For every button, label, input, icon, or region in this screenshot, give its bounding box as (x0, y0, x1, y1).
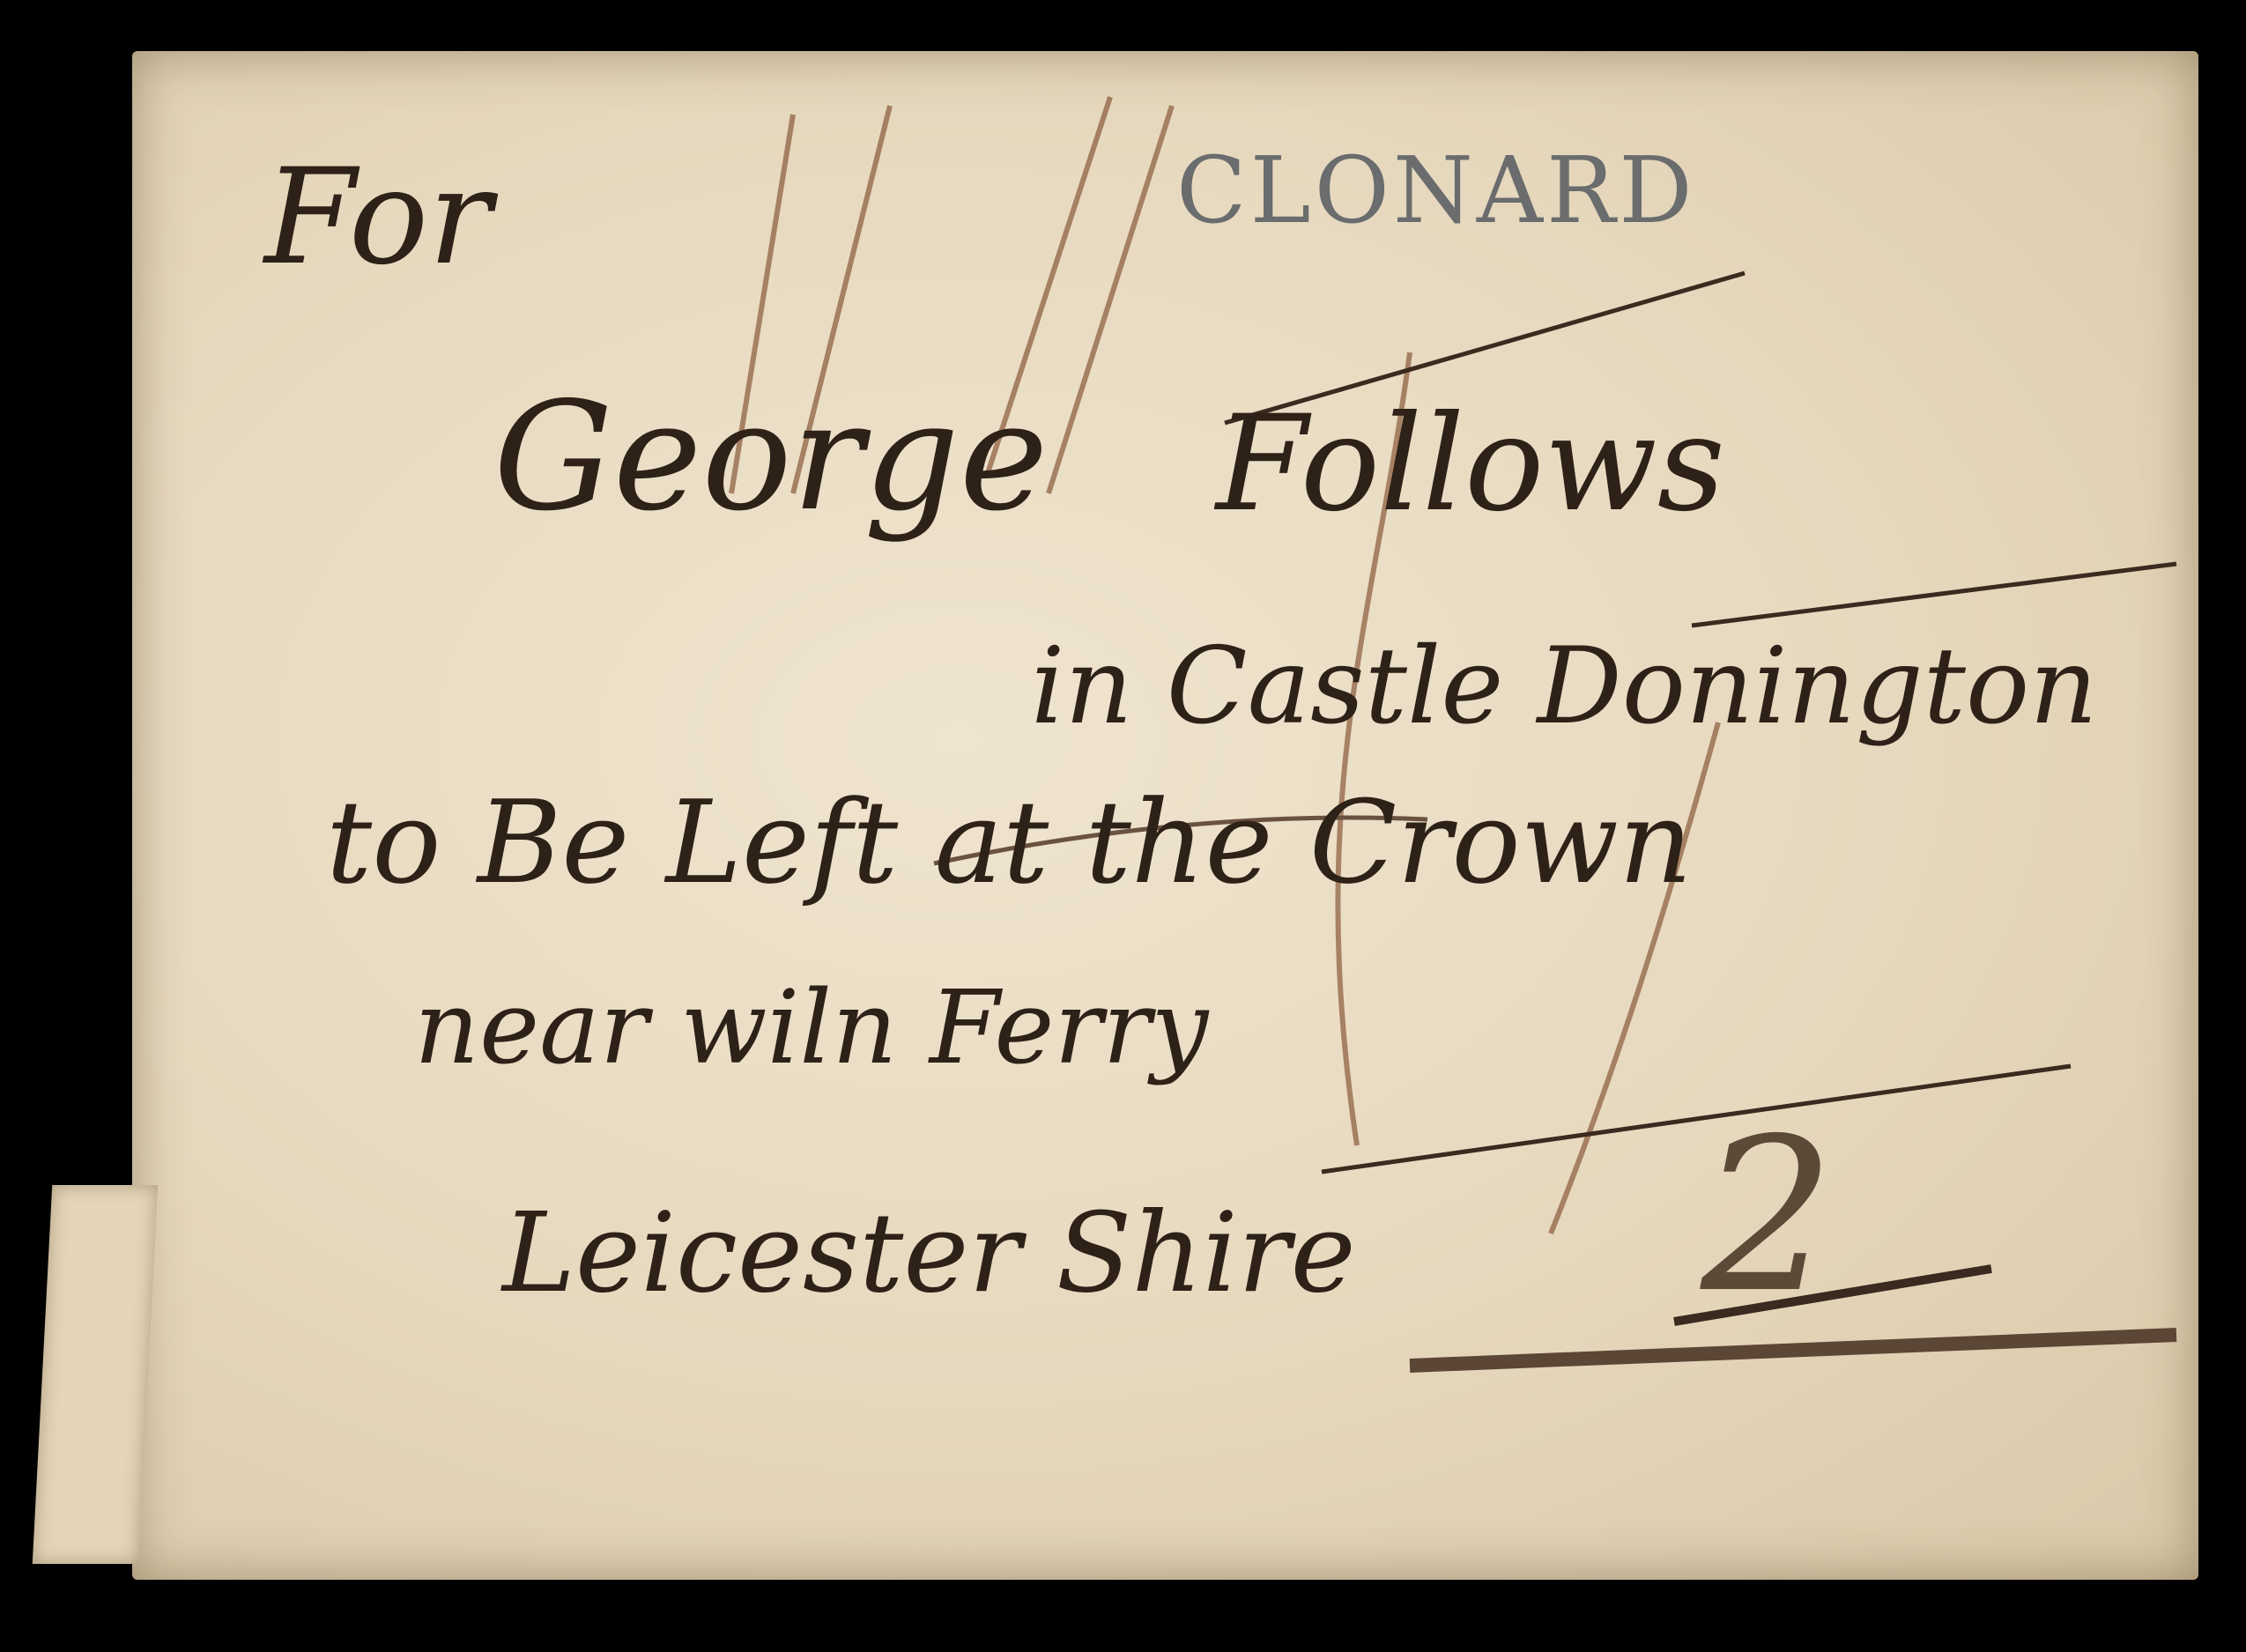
address-line-instruction: to Be Left at the Crown (326, 775, 1693, 909)
address-line-surname: Follows (1216, 388, 1725, 541)
address-line-first-name: George (493, 370, 1048, 544)
address-line-town: in Castle Donington (1031, 626, 2098, 748)
address-line-for: For (264, 141, 492, 294)
folded-flap (33, 1185, 159, 1564)
address-line-county: Leicester Shire (502, 1189, 1356, 1317)
postmark-stamp: CLONARD (1176, 137, 1696, 244)
postage-rate-marking: 2 (1701, 1093, 1835, 1339)
address-line-near: near wiln Ferry (414, 969, 1208, 1087)
